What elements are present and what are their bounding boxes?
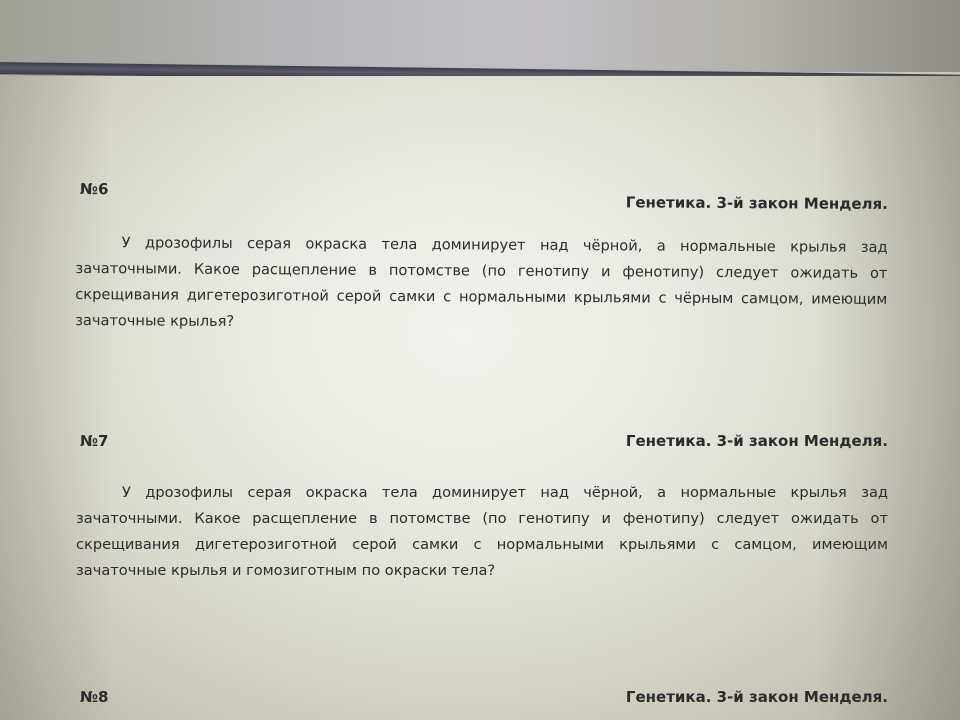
task-header: №6 Генетика. 3-й закон Менделя. <box>76 180 888 213</box>
task-text: У дрозофилы серая окраска тела доминируе… <box>76 480 888 584</box>
task-topic: Генетика. 3-й закон Менделя. <box>626 432 888 450</box>
monitor-background <box>0 0 960 72</box>
task-number: №7 <box>80 432 108 450</box>
task-header: №8 Генетика. 3-й закон Менделя. <box>76 688 888 716</box>
task-7: №7 Генетика. 3-й закон Менделя. У дрозоф… <box>76 432 888 584</box>
task-6: №6 Генетика. 3-й закон Менделя. У дрозоф… <box>75 180 888 339</box>
task-number: №6 <box>80 180 109 198</box>
task-topic: Генетика. 3-й закон Менделя. <box>626 688 888 706</box>
document-page <box>0 76 960 720</box>
task-topic: Генетика. 3-й закон Менделя. <box>626 193 888 213</box>
task-number: №8 <box>80 688 108 706</box>
task-text: У дрозофилы серая окраска тела доминируе… <box>75 230 888 339</box>
task-header: №7 Генетика. 3-й закон Менделя. <box>76 432 888 460</box>
task-8: №8 Генетика. 3-й закон Менделя. <box>76 688 888 716</box>
